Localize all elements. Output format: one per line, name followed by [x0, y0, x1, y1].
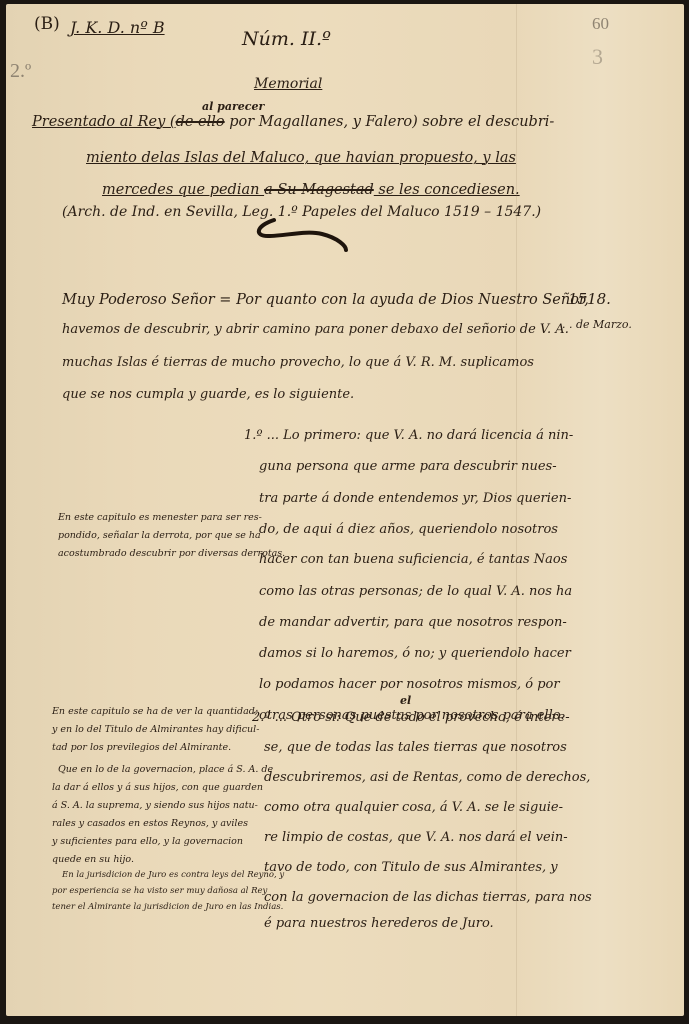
struck-text: a Su Magestad — [264, 182, 374, 198]
paragraph-2-line: como otra qualquier cosa, á V. A. se le … — [264, 800, 563, 815]
paragraph-2-line: descubriremos, asi de Rentas, como de de… — [264, 770, 590, 785]
paragraph-1-line: damos si lo haremos, ó no; y queriendolo… — [259, 646, 571, 661]
flourish-ornament — [246, 216, 356, 252]
margin-note-2-line: y suficientes para ello, y la governacio… — [52, 836, 243, 847]
margin-note-2-line: la dar á ellos y á sus hijos, con que gu… — [52, 782, 263, 793]
paragraph-2-insertion: el — [400, 694, 411, 707]
margin-note-1-line: En este capitulo es menester para ser re… — [58, 512, 262, 523]
opening-line: que se nos cumpla y guarde, es lo siguie… — [62, 387, 354, 402]
catalog-reference: J. K. D. nº B — [70, 18, 165, 37]
left-margin-mark: 2.º — [10, 60, 31, 83]
title-text: Presentado al Rey ( — [32, 114, 176, 130]
memorial-heading: Memorial — [254, 76, 322, 92]
margin-note-2-line: y en lo del Titulo de Almirantes hay dif… — [52, 724, 259, 735]
margin-note-2-line: á S. A. la suprema, y siendo sus hijos n… — [52, 800, 258, 811]
title-text: por Magallanes, y Falero) sobre el descu… — [225, 114, 555, 130]
paragraph-1-line: lo podamos hacer por nosotros mismos, ó … — [259, 677, 560, 692]
opening-line: Muy Poderoso Señor = Por quanto con la a… — [62, 292, 589, 308]
paragraph-2-line: 2.º ... Otro si: Que de todo el provecho… — [252, 710, 570, 725]
margin-note-1-line: acostumbrado descubrir por diversas derr… — [58, 548, 285, 559]
title-insertion: al parecer — [202, 100, 264, 113]
paragraph-1-line: tra parte á donde entendemos yr, Dios qu… — [259, 491, 571, 506]
title-line-2: miento delas Islas del Maluco, que havia… — [86, 150, 516, 166]
paragraph-2-line: re limpio de costas, que V. A. nos dará … — [264, 830, 568, 845]
margin-note-2-line: Que en lo de la governacion, place á S. … — [58, 764, 273, 775]
document-number: Núm. II.º — [242, 28, 331, 50]
paragraph-1-line: do, de aqui á diez años, queriendolo nos… — [259, 522, 558, 537]
margin-note-2-line: tener el Almirante la jurisdicion de Jur… — [52, 902, 283, 912]
struck-text: de ello — [176, 114, 225, 130]
margin-month: . . de Marzo. — [562, 318, 632, 331]
paragraph-1-line: guna persona que arme para descubrir nue… — [259, 459, 557, 474]
paragraph-1-line: 1.º ... Lo primero: que V. A. no dará li… — [244, 428, 573, 443]
opening-line: havemos de descubrir, y abrir camino par… — [62, 322, 569, 337]
title-text: mercedes que pedian — [102, 182, 264, 198]
title-line-1: Presentado al Rey (de ello por Magallane… — [32, 114, 554, 130]
margin-note-2-line: tad por los previlegios del Almirante. — [52, 742, 231, 753]
margin-note-2-line: por esperiencia se ha visto ser muy daño… — [52, 886, 267, 896]
paragraph-2-line: con la governacion de las dichas tierras… — [264, 890, 592, 905]
title-line-3: mercedes que pedian a Su Magestad se les… — [102, 182, 520, 198]
folio-number: 60 — [592, 14, 609, 34]
folio-pencil-mark: 3 — [592, 44, 603, 70]
paragraph-1-line: hacer con tan buena suficiencia, é tanta… — [259, 552, 567, 567]
paragraph-2-line: se, que de todas las tales tierras que n… — [264, 740, 567, 755]
section-mark: (B) — [34, 14, 60, 34]
margin-note-2-line: En la jurisdicion de Juro es contra leys… — [62, 870, 284, 880]
paragraph-1-line: de mandar advertir, para que nosotros re… — [259, 615, 567, 630]
margin-note-2-line: quede en su hijo. — [52, 854, 134, 865]
paragraph-2-line: é para nuestros herederos de Juro. — [264, 916, 494, 931]
margin-note-2-line: rales y casados en estos Reynos, y avile… — [52, 818, 248, 829]
manuscript-page: (B) J. K. D. nº B Núm. II.º 60 3 2.º Mem… — [6, 4, 684, 1016]
paragraph-2-line: tavo de todo, con Titulo de sus Almirant… — [264, 860, 558, 875]
margin-note-2-line: En este capitulo se ha de ver la quantid… — [52, 706, 258, 717]
opening-line: muchas Islas é tierras de mucho provecho… — [62, 355, 534, 370]
title-text: se les concediesen. — [374, 182, 520, 198]
paragraph-1-line: como las otras personas; de lo qual V. A… — [259, 584, 572, 599]
margin-note-1-line: pondido, señalar la derrota, por que se … — [58, 530, 261, 541]
